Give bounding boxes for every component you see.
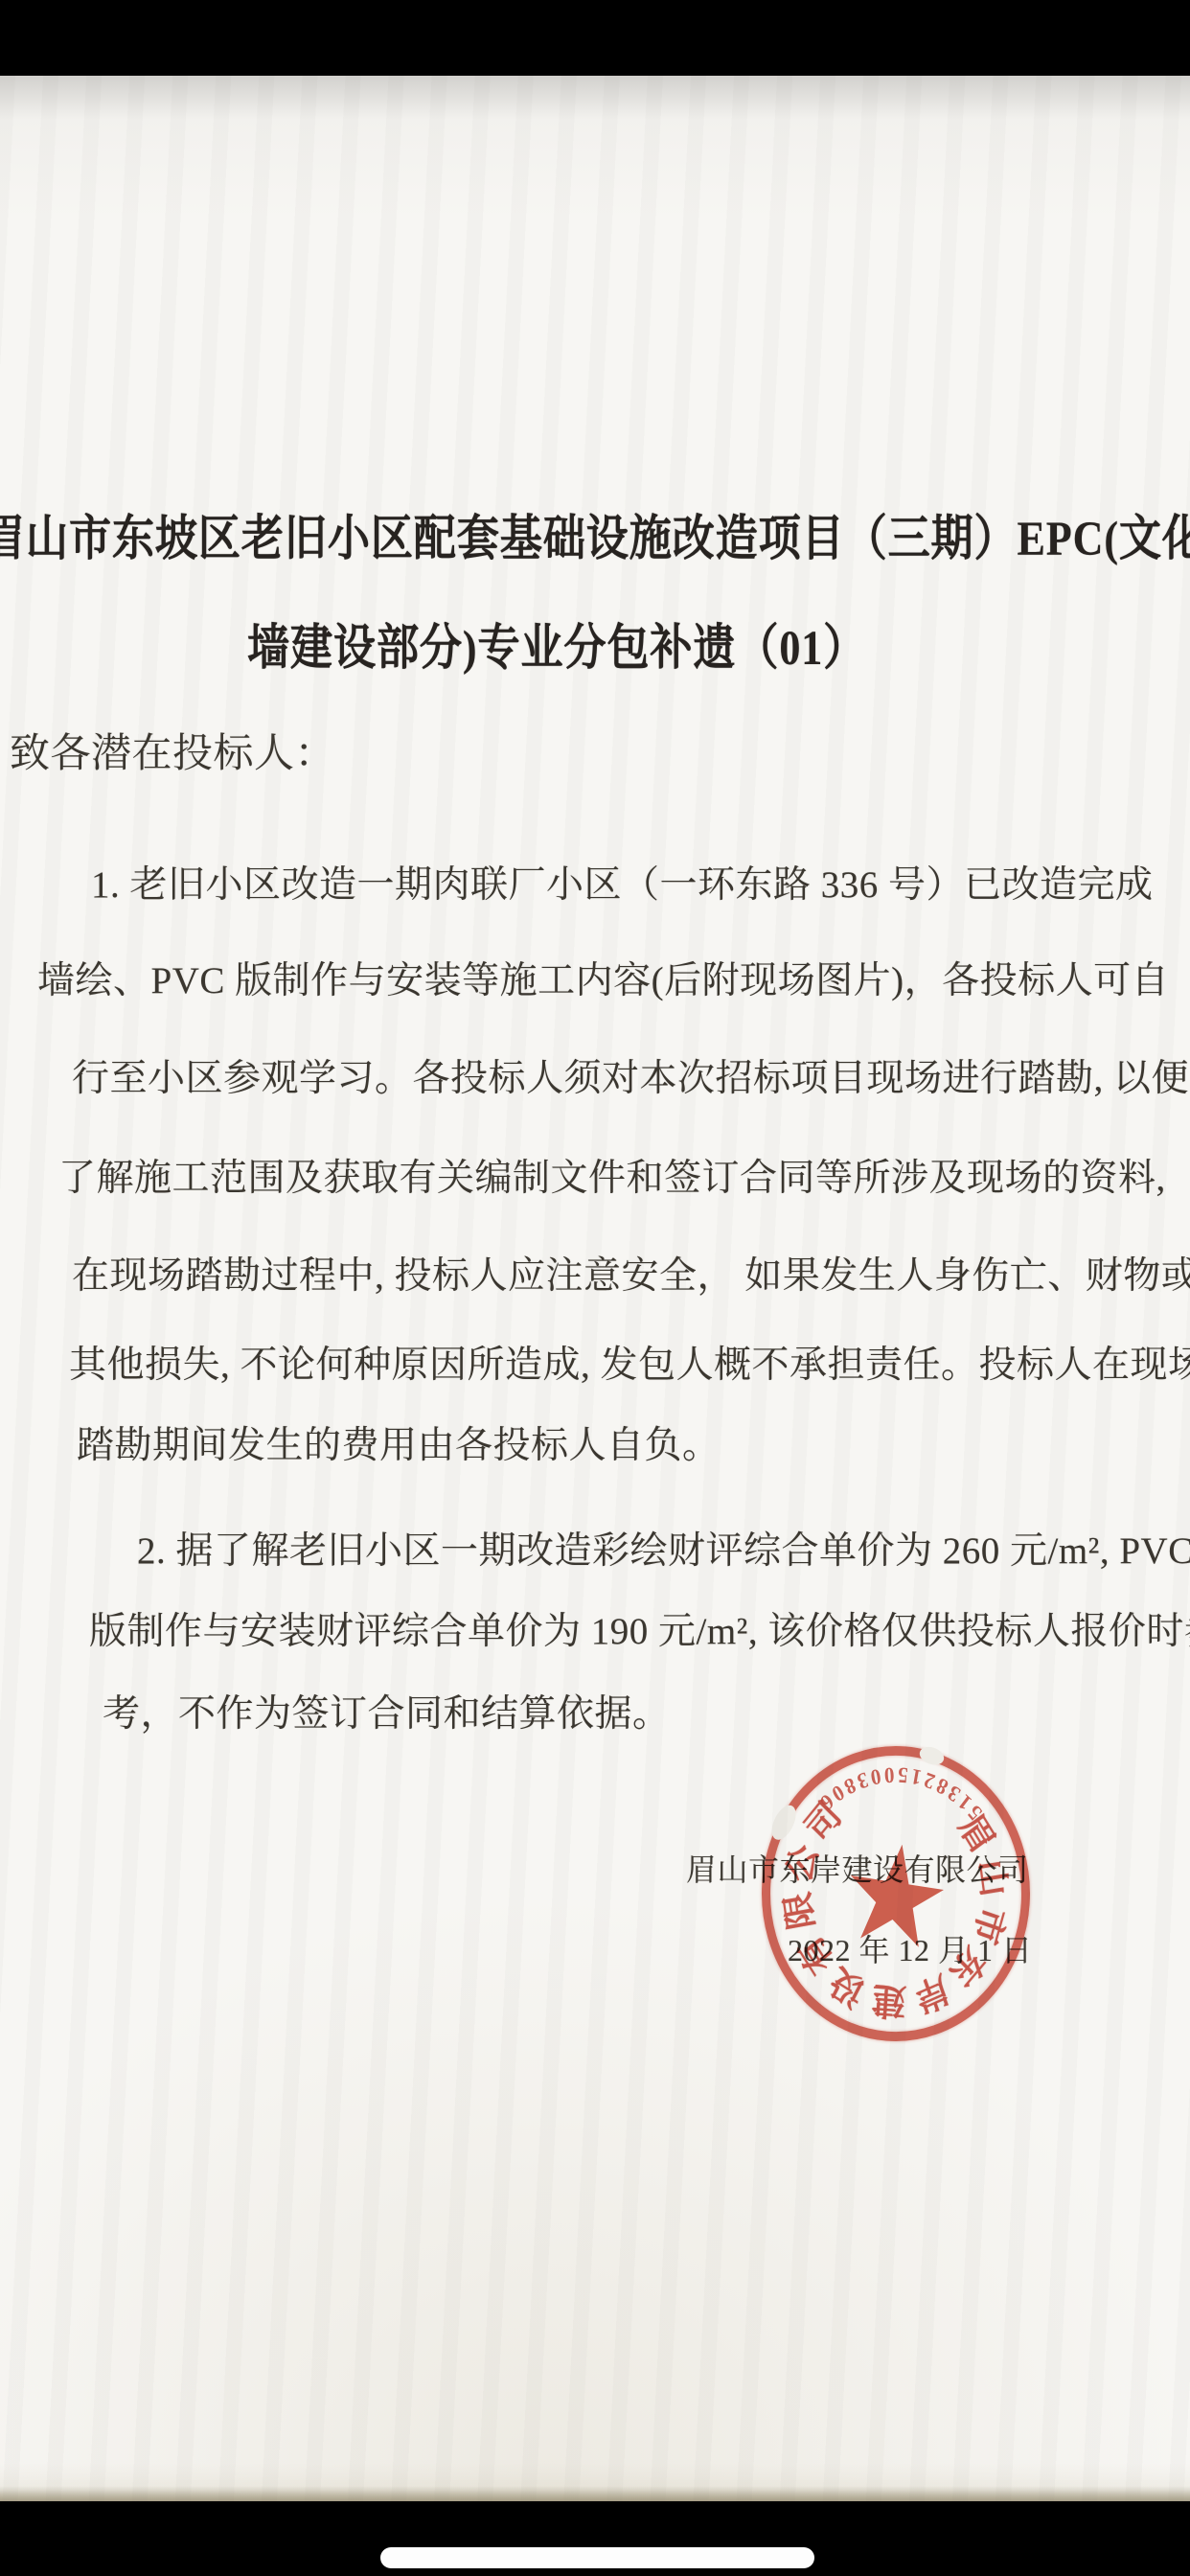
company-seal-stamp: 眉山市东岸建设有限公司5138215003806 <box>762 1746 1030 2041</box>
document-title-line1: 眉山市东坡区老旧小区配套基础设施改造项目（三期）EPC(文化 <box>0 512 1190 567</box>
document-line: 版制作与安装财评综合单价为 190 元/m², 该价格仅供投标人报价时参 <box>89 1610 1190 1654</box>
document-line: 其他损失, 不论何种原因所造成, 发包人概不承担责任。投标人在现场 <box>69 1344 1190 1388</box>
document-line: 2. 据了解老旧小区一期改造彩绘财评综合单价为 260 元/m², PVC <box>137 1529 1190 1574</box>
top-letterbox-band <box>0 0 1190 76</box>
document-line: 墙绘、PVC 版制作与安装等施工内容(后附现场图片)，各投标人可自 <box>37 959 1169 1003</box>
document-title-line2: 墙建设部分)专业分包补遗（01） <box>247 621 866 677</box>
document-line: 了解施工范围及获取有关编制文件和签订合同等所涉及现场的资料, <box>58 1157 1166 1201</box>
home-indicator-bar[interactable] <box>380 2547 814 2568</box>
document-line: 行至小区参观学习。各投标人须对本次招标项目现场进行踏勘, 以便 <box>72 1057 1189 1101</box>
document-line: 考，不作为签订合同和结算依据。 <box>103 1692 671 1736</box>
document-line: 1. 老旧小区改造一期肉联厂小区（一环东路 336 号）已改造完成 <box>91 863 1154 908</box>
seal-arc-char: 山 <box>969 1855 1021 1899</box>
document-line: 在现场踏勘过程中, 投标人应注意安全， 如果发生人身伤亡、财物或 <box>72 1254 1190 1299</box>
phone-screenshot: 眉山市东坡区老旧小区配套基础设施改造项目（三期）EPC(文化 墙建设部分)专业分… <box>0 0 1190 2576</box>
salutation: 致各潜在投标人： <box>10 732 335 776</box>
seal-serial-digit: 0 <box>883 1761 895 1788</box>
seal-arc-char: 建 <box>871 1975 907 2031</box>
document-line: 踏勘期间发生的费用由各投标人自负。 <box>77 1424 721 1468</box>
seal-serial-digit: 5 <box>897 1761 908 1788</box>
paper-bottom-edge <box>0 2486 1190 2501</box>
